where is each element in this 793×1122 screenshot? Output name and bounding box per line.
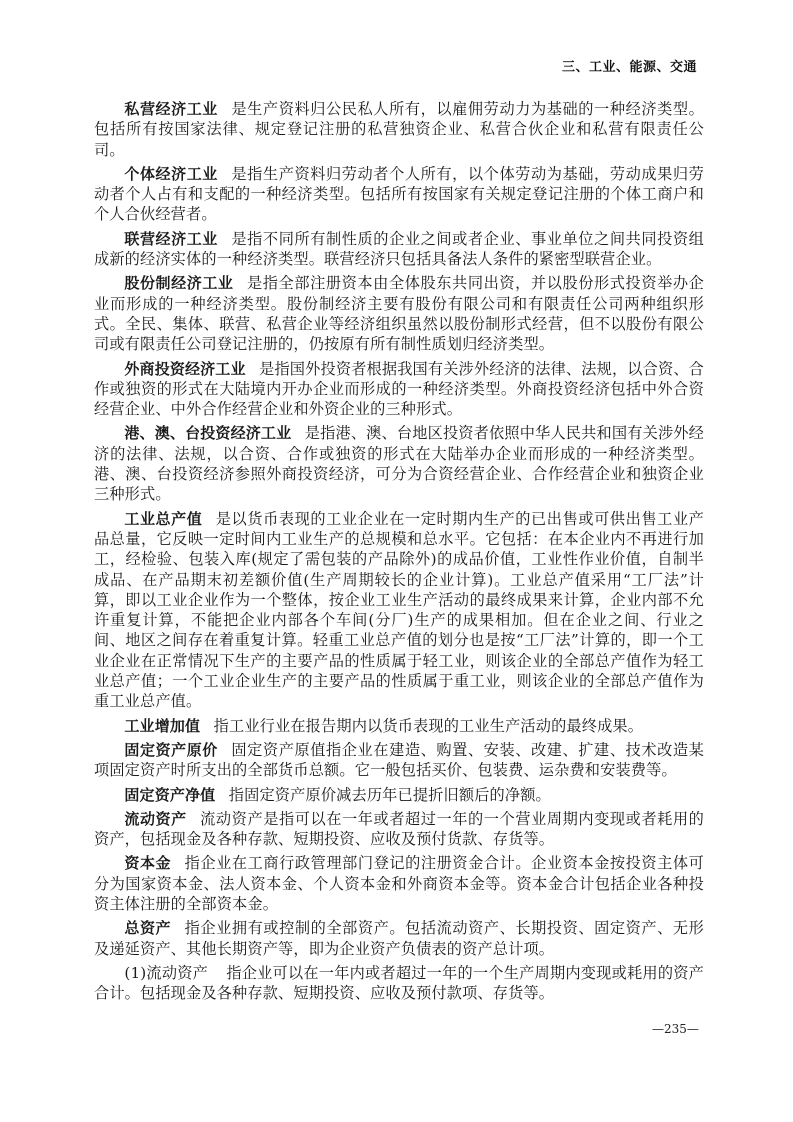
- running-header: 三、工业、能源、交通: [562, 56, 697, 75]
- entry-gross-industrial-output: 工业总产值是以货币表现的工业企业在一定时期内生产的已出售或可供出售工业产品总量，…: [94, 509, 704, 712]
- entry-individual-industry: 个体经济工业是指生产资料归劳动者个人所有，以个体劳动为基础，劳动成果归劳动者个人…: [94, 164, 704, 225]
- term-label: 资本金: [124, 854, 171, 872]
- sub-entry-current-assets: (1)流动资产指企业可以在一年内或者超过一年的一个生产周期内变现或耗用的资产合计…: [94, 963, 704, 1004]
- definition-text: 指工业行业在报告期内以货币表现的工业生产活动的最终成果。: [214, 717, 643, 735]
- term-label: 联营经济工业: [124, 230, 218, 248]
- entry-fixed-assets-original: 固定资产原价固定资产原值指企业在建造、购置、安装、改建、扩建、技术改造某项固定资…: [94, 740, 704, 781]
- definition-text: 指企业拥有或控制的全部资产。包括流动资产、长期投资、固定资产、无形及递延资产、其…: [94, 919, 704, 957]
- term-label: 固定资产原价: [124, 741, 218, 759]
- term-label: 总资产: [124, 919, 171, 937]
- term-label: 固定资产净值: [124, 786, 215, 804]
- entry-total-assets: 总资产指企业拥有或控制的全部资产。包括流动资产、长期投资、固定资产、无形及递延资…: [94, 918, 704, 959]
- definition-text: 指企业在工商行政管理部门登记的注册资金合计。企业资本金按投资主体可分为国家资本金…: [94, 854, 704, 913]
- term-label: 工业总产值: [124, 510, 202, 528]
- sub-term-label: (1)流动资产: [124, 964, 208, 982]
- entry-shareholding-industry: 股份制经济工业是指全部注册资本由全体股东共同出资，并以股份形式投资举办企业而形成…: [94, 273, 704, 354]
- entry-joint-industry: 联营经济工业是指不同所有制性质的企业之间或者企业、事业单位之间共同投资组成新的经…: [94, 229, 704, 270]
- term-label: 流动资产: [124, 810, 186, 828]
- entry-hk-macao-taiwan-industry: 港、澳、台投资经济工业是指港、澳、台地区投资者依照中华人民共和国有关涉外经济的法…: [94, 423, 704, 504]
- glossary-body: 私营经济工业是生产资料归公民私人所有，以雇佣劳动力为基础的一种经济类型。包括所有…: [94, 99, 704, 1007]
- entry-foreign-investment-industry: 外商投资经济工业是指国外投资者根据我国有关涉外经济的法律、法规，以合资、合作或独…: [94, 359, 704, 420]
- entry-capital: 资本金指企业在工商行政管理部门登记的注册资金合计。企业资本金按投资主体可分为国家…: [94, 853, 704, 914]
- term-label: 外商投资经济工业: [124, 360, 245, 378]
- entry-fixed-assets-net: 固定资产净值指固定资产原价减去历年已提折旧额后的净额。: [94, 785, 704, 805]
- term-label: 个体经济工业: [124, 165, 218, 183]
- page-number: —235—: [652, 1022, 699, 1036]
- entry-private-industry: 私营经济工业是生产资料归公民私人所有，以雇佣劳动力为基础的一种经济类型。包括所有…: [94, 99, 704, 160]
- term-label: 股份制经济工业: [124, 274, 233, 292]
- term-label: 私营经济工业: [124, 100, 218, 118]
- term-label: 工业增加值: [124, 717, 200, 735]
- entry-industrial-value-added: 工业增加值指工业行业在报告期内以货币表现的工业生产活动的最终成果。: [94, 716, 704, 736]
- entry-current-assets: 流动资产流动资产是指可以在一年或者超过一年的一个营业周期内变现或者耗用的资产，包…: [94, 809, 704, 850]
- definition-text: 是以货币表现的工业企业在一定时期内生产的已出售或可供出售工业产品总量，它反映一定…: [94, 510, 704, 711]
- definition-text: 指固定资产原价减去历年已提折旧额后的净额。: [229, 786, 551, 804]
- term-label: 港、澳、台投资经济工业: [124, 424, 291, 442]
